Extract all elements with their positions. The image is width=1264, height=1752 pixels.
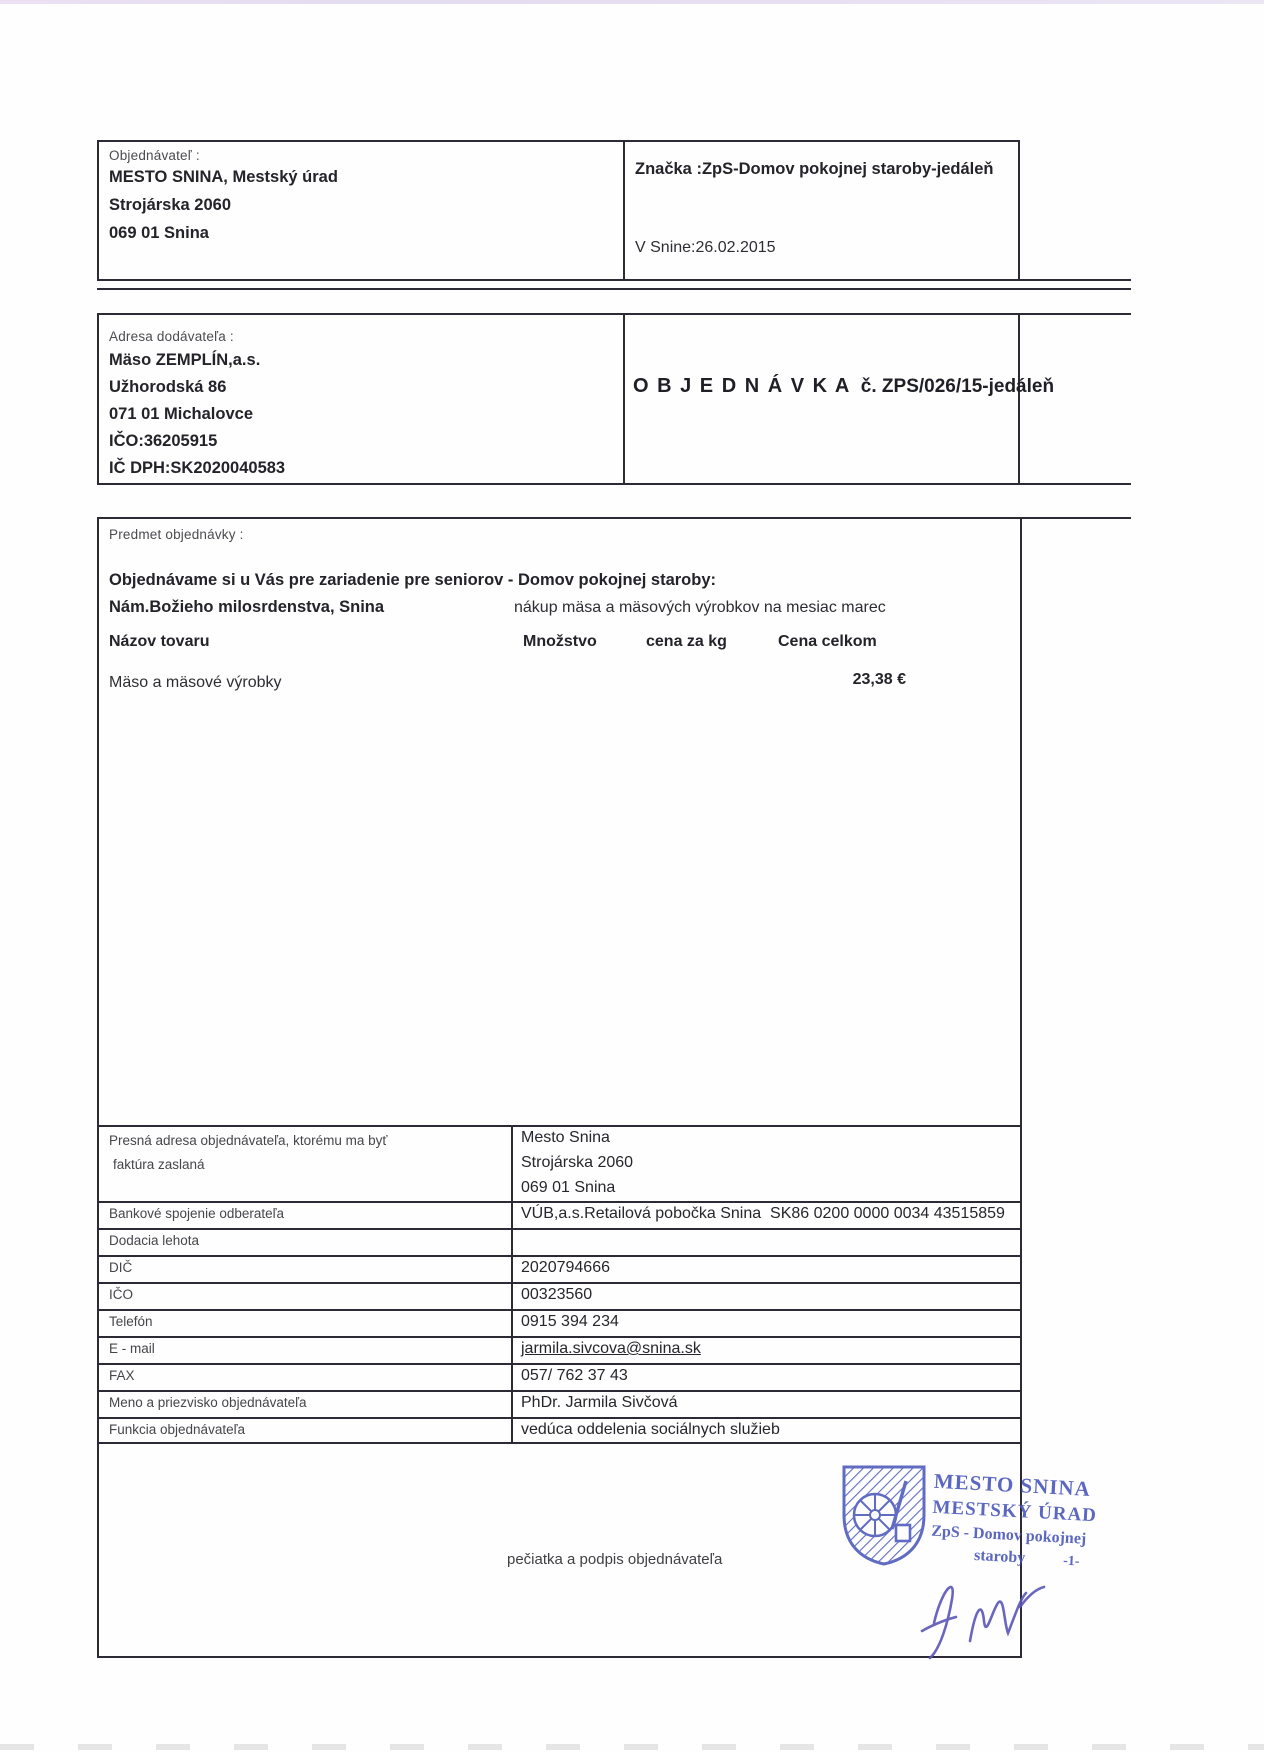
row-value: VÚB,a.s.Retailová pobočka Snina SK86 020… xyxy=(521,1205,1005,1223)
order-number: č. ZPS/026/15-jedáleň xyxy=(861,376,1054,397)
supplier-city: 071 01 Michalovce xyxy=(109,405,253,424)
row-value: 057/ 762 37 43 xyxy=(521,1367,628,1385)
table-row: Funkcia objednávateľa vedúca oddelenia s… xyxy=(99,1417,1020,1444)
row-label: Meno a priezvisko objednávateľa xyxy=(109,1395,307,1410)
row-value: vedúca oddelenia sociálnych služieb xyxy=(521,1421,780,1439)
scan-line-extension xyxy=(1018,517,1131,519)
orderer-label: Objednávateľ : xyxy=(109,148,200,163)
row-label: DIČ xyxy=(109,1260,132,1275)
column-header-name: Názov tovaru xyxy=(109,633,209,651)
row-label: Funkcia objednávateľa xyxy=(109,1422,245,1437)
coat-of-arms-icon xyxy=(838,1463,930,1567)
column-header-total: Cena celkom xyxy=(778,633,877,651)
row-label: Presná adresa objednávateľa, ktorému ma … xyxy=(109,1133,387,1148)
row-label: E - mail xyxy=(109,1341,155,1356)
row-value-line2: Strojárska 2060 xyxy=(521,1154,633,1172)
handwritten-signature xyxy=(912,1561,1082,1661)
column-header-quantity: Množstvo xyxy=(523,633,597,651)
item-name: Mäso a mäsové výrobky xyxy=(109,674,282,692)
subject-intro: Objednávame si u Vás pre zariadenie pre … xyxy=(109,571,716,590)
row-label: Bankové spojenie odberateľa xyxy=(109,1206,284,1221)
scan-artifact-bottom xyxy=(0,1744,1264,1750)
row-value-email: jarmila.sivcova@snina.sk xyxy=(521,1340,701,1358)
section-separator-line xyxy=(97,288,1131,290)
supplier-ic-dph: IČ DPH:SK2020040583 xyxy=(109,459,285,478)
table-row: Presná adresa objednávateľa, ktorému ma … xyxy=(99,1125,1020,1201)
supplier-ico: IČO:36205915 xyxy=(109,432,217,451)
place-and-date: V Snine:26.02.2015 xyxy=(635,239,776,257)
item-total-price: 23,38 € xyxy=(778,671,906,689)
supplier-street: Užhorodská 86 xyxy=(109,378,226,397)
orderer-city: 069 01 Snina xyxy=(109,224,209,243)
official-stamp: MESTO SNINA MESTSKÝ ÚRAD ZpS - Domov pok… xyxy=(832,1449,1142,1659)
order-title-word: O B J E D N Á V K A xyxy=(633,375,851,397)
orderer-name: MESTO SNINA, Mestský úrad xyxy=(109,168,338,187)
scan-artifact-top xyxy=(0,0,1264,4)
table-row: Bankové spojenie odberateľa VÚB,a.s.Reta… xyxy=(99,1201,1020,1228)
row-value: 00323560 xyxy=(521,1286,592,1304)
supplier-section: Adresa dodávateľa : Mäso ZEMPLÍN,a.s. Už… xyxy=(97,313,1020,485)
table-row: IČO 00323560 xyxy=(99,1282,1020,1309)
scan-line-extension xyxy=(1018,313,1131,315)
supplier-name: Mäso ZEMPLÍN,a.s. xyxy=(109,351,260,370)
table-row: Meno a priezvisko objednávateľa PhDr. Ja… xyxy=(99,1390,1020,1417)
column-divider xyxy=(623,315,625,483)
subject-description: nákup mäsa a mäsových výrobkov na mesiac… xyxy=(514,599,886,617)
row-label: FAX xyxy=(109,1368,135,1383)
row-value-line3: 069 01 Snina xyxy=(521,1179,615,1197)
subject-address: Nám.Božieho milosrdenstva, Snina xyxy=(109,598,384,617)
row-label: IČO xyxy=(109,1287,133,1302)
column-divider xyxy=(623,142,625,279)
row-label: Dodacia lehota xyxy=(109,1233,199,1248)
row-value: PhDr. Jarmila Sivčová xyxy=(521,1394,678,1412)
row-label-line2: faktúra zaslaná xyxy=(113,1157,205,1172)
orderer-street: Strojárska 2060 xyxy=(109,196,231,215)
table-row: FAX 057/ 762 37 43 xyxy=(99,1363,1020,1390)
row-value-line1: Mesto Snina xyxy=(521,1129,610,1147)
table-row: Dodacia lehota xyxy=(99,1228,1020,1255)
scan-line-extension xyxy=(1018,483,1131,485)
stamp-caption: pečiatka a podpis objednávateľa xyxy=(507,1551,722,1568)
order-mark: Značka :ZpS-Domov pokojnej staroby-jedál… xyxy=(635,160,993,179)
subject-label: Predmet objednávky : xyxy=(109,527,244,542)
table-row: Telefón 0915 394 234 xyxy=(99,1309,1020,1336)
order-body-section: Predmet objednávky : Objednávame si u Vá… xyxy=(97,517,1022,1658)
order-title: O B J E D N Á V K Ač. ZPS/026/15-jedáleň xyxy=(633,375,1054,398)
orderer-section: Objednávateľ : MESTO SNINA, Mestský úrad… xyxy=(97,140,1020,281)
row-value: 0915 394 234 xyxy=(521,1313,619,1331)
table-row: E - mail jarmila.sivcova@snina.sk xyxy=(99,1336,1020,1363)
row-label: Telefón xyxy=(109,1314,153,1329)
column-header-price-per-kg: cena za kg xyxy=(646,633,727,651)
stamp-text-block: MESTO SNINA MESTSKÝ ÚRAD ZpS - Domov pok… xyxy=(930,1469,1099,1571)
scan-line-extension xyxy=(1018,279,1131,281)
scanned-order-document: Objednávateľ : MESTO SNINA, Mestský úrad… xyxy=(0,0,1264,1752)
stamp-office: MESTSKÝ ÚRAD xyxy=(932,1497,1097,1528)
supplier-label: Adresa dodávateľa : xyxy=(109,329,234,344)
row-value: 2020794666 xyxy=(521,1259,610,1277)
orderer-details-table: Presná adresa objednávateľa, ktorému ma … xyxy=(99,1125,1020,1444)
table-row: DIČ 2020794666 xyxy=(99,1255,1020,1282)
